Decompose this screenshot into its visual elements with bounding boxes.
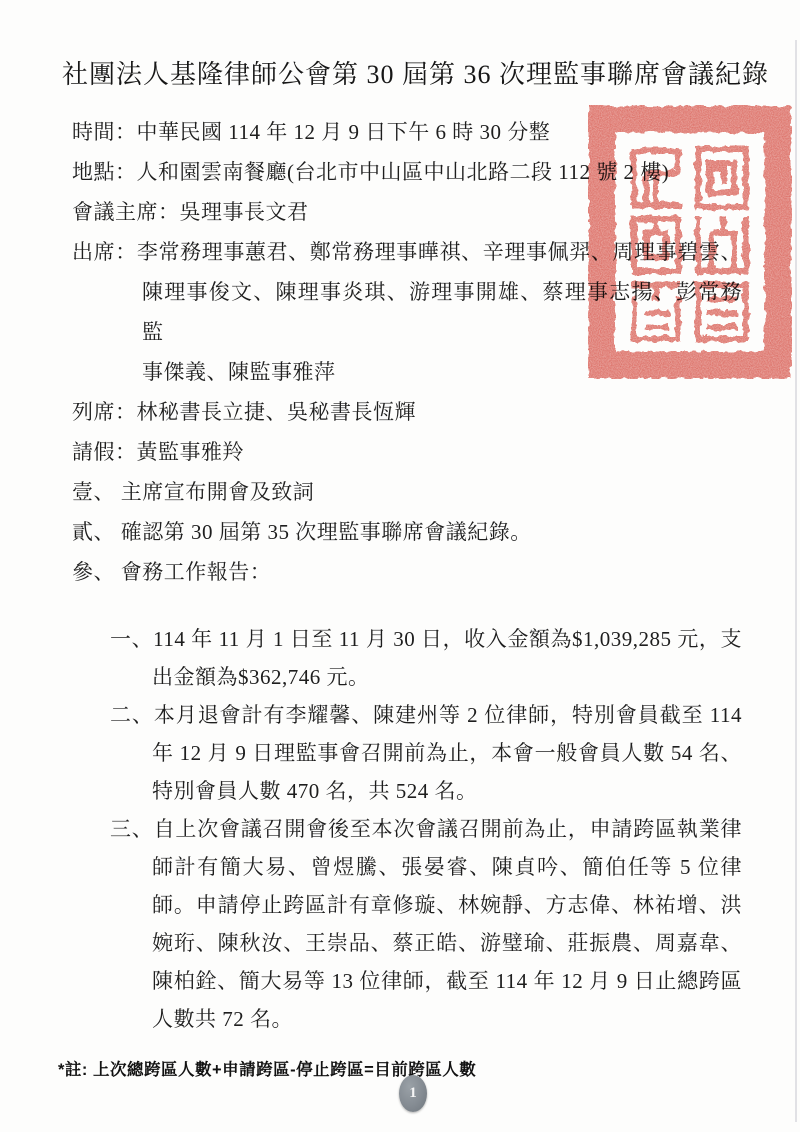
meta-line-attendees-2: 陳理事俊文、陳理事炎琪、游理事開雄、蔡理事志揚、彭常務監 (142, 272, 742, 352)
page-number: 1 (409, 1085, 417, 1102)
agenda-item-1: 壹、 主席宣布開會及致詞 (72, 472, 742, 512)
document-content: 社團法人基隆律師公會第 30 屆第 36 次理監事聯席會議紀錄 時間：中華民國 … (72, 0, 742, 1080)
report-section: 一、114 年 11 月 1 日至 11 月 30 日，收入金額為$1,039,… (110, 620, 742, 1038)
scanned-document-page: 社團法人基隆律師公會第 30 屆第 36 次理監事聯席會議紀錄 時間：中華民國 … (0, 0, 800, 1132)
agenda-item-3: 參、 會務工作報告： (72, 552, 742, 592)
meta-line-leave: 請假：黃監事雅羚 (72, 432, 742, 472)
report-item-1: 一、114 年 11 月 1 日至 11 月 30 日，收入金額為$1,039,… (110, 620, 742, 696)
scan-edge-line (795, 40, 797, 1122)
meta-line-time: 時間：中華民國 114 年 12 月 9 日下午 6 時 30 分整 (72, 112, 742, 152)
meta-line-chairperson: 會議主席：吳理事長文君 (72, 192, 742, 232)
report-line: 特別會員人數 470 名，共 524 名。 (152, 772, 742, 810)
meta-line-observers: 列席：林秘書長立捷、吳秘書長恆輝 (72, 392, 742, 432)
meta-section: 時間：中華民國 114 年 12 月 9 日下午 6 時 30 分整 地點：人和… (72, 112, 742, 472)
report-line: 婉珩、陳秋汝、王崇品、蔡正皓、游璧瑜、莊振農、周嘉韋、 (152, 924, 742, 962)
report-line: 人數共 72 名。 (152, 1000, 742, 1038)
document-title: 社團法人基隆律師公會第 30 屆第 36 次理監事聯席會議紀錄 (62, 54, 756, 96)
agenda-section: 壹、 主席宣布開會及致詞 貳、 確認第 30 屆第 35 次理監事聯席會議紀錄。… (72, 472, 742, 592)
meta-line-attendees-1: 出席：李常務理事蕙君、鄭常務理事曄祺、辛理事佩羿、周理事碧雲、 (72, 232, 742, 272)
report-line: 年 12 月 9 日理監事會召開前為止，本會一般會員人數 54 名、 (152, 734, 742, 772)
report-line: 師。申請停止跨區計有章修璇、林婉靜、方志偉、林祐增、洪 (152, 886, 742, 924)
report-line: 二、本月退會計有李耀馨、陳建州等 2 位律師，特別會員截至 114 (110, 696, 742, 734)
report-line: 陳柏銓、簡大易等 13 位律師，截至 114 年 12 月 9 日止總跨區 (152, 962, 742, 1000)
report-line: 師計有簡大易、曾煜騰、張晏睿、陳貞吟、簡伯任等 5 位律 (152, 848, 742, 886)
page-number-badge: 1 (399, 1075, 427, 1112)
report-item-2: 二、本月退會計有李耀馨、陳建州等 2 位律師，特別會員截至 114 年 12 月… (110, 696, 742, 810)
meta-line-location: 地點：人和園雲南餐廳(台北市中山區中山北路二段 112 號 2 樓) (72, 152, 742, 192)
agenda-item-2: 貳、 確認第 30 屆第 35 次理監事聯席會議紀錄。 (72, 512, 742, 552)
report-line: 一、114 年 11 月 1 日至 11 月 30 日，收入金額為$1,039,… (110, 620, 742, 658)
footnote-formula: *註: 上次總跨區人數+申請跨區-停止跨區=目前跨區人數 (58, 1056, 742, 1080)
meta-line-attendees-3: 事傑義、陳監事雅萍 (142, 352, 742, 392)
report-item-3: 三、自上次會議召開會後至本次會議召開前為止，申請跨區執業律 師計有簡大易、曾煜騰… (110, 810, 742, 1038)
report-line: 三、自上次會議召開會後至本次會議召開前為止，申請跨區執業律 (110, 810, 742, 848)
report-line: 出金額為$362,746 元。 (152, 658, 742, 696)
